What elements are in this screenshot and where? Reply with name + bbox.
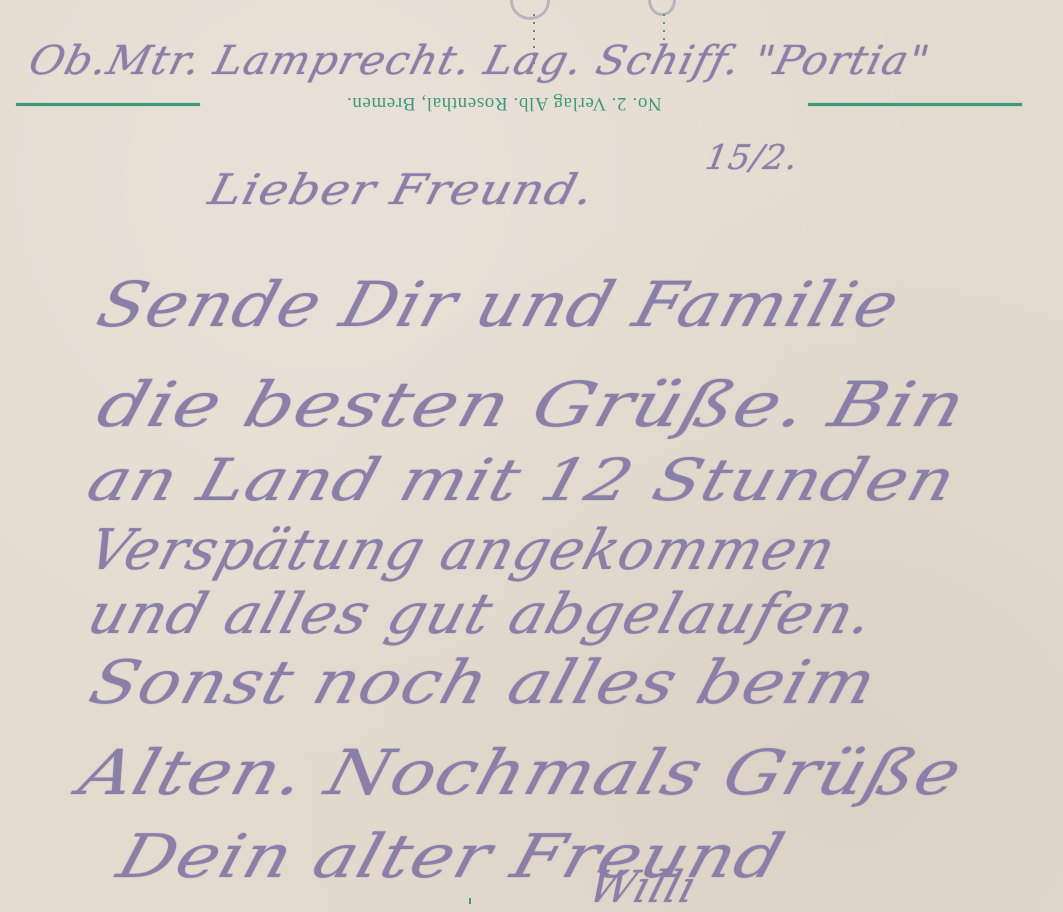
greeting: Lieber Freund. bbox=[204, 165, 600, 214]
message-line: an Land mit 12 Stunden bbox=[80, 446, 964, 514]
address-line: Ob.Mtr. Lamprecht. Lag. Schiff. "Portia" bbox=[24, 38, 934, 84]
message-line: Sende Dir und Familie bbox=[90, 268, 909, 341]
date: 15/2. bbox=[702, 138, 801, 178]
message-line: und alles gut abgelaufen. bbox=[81, 582, 882, 647]
publisher-imprint: No. 2. Verlag Alb. Rosenthal, Bremen. bbox=[206, 92, 802, 114]
message-line: Verspätung angekommen bbox=[81, 518, 844, 583]
stamp-trace bbox=[510, 0, 550, 20]
signature: Willi bbox=[583, 862, 703, 912]
stamp-trace bbox=[648, 0, 676, 16]
message-line: Alten. Nochmals Grüße bbox=[72, 736, 971, 809]
message-line: Sonst noch alles beim bbox=[82, 648, 885, 718]
divider-rule-right bbox=[808, 103, 1022, 106]
divider-rule-left bbox=[16, 103, 200, 106]
postcard: Ob.Mtr. Lamprecht. Lag. Schiff. "Portia"… bbox=[0, 0, 1063, 912]
message-line: die besten Grüße. Bin bbox=[90, 368, 975, 441]
paper-speck bbox=[469, 898, 471, 904]
